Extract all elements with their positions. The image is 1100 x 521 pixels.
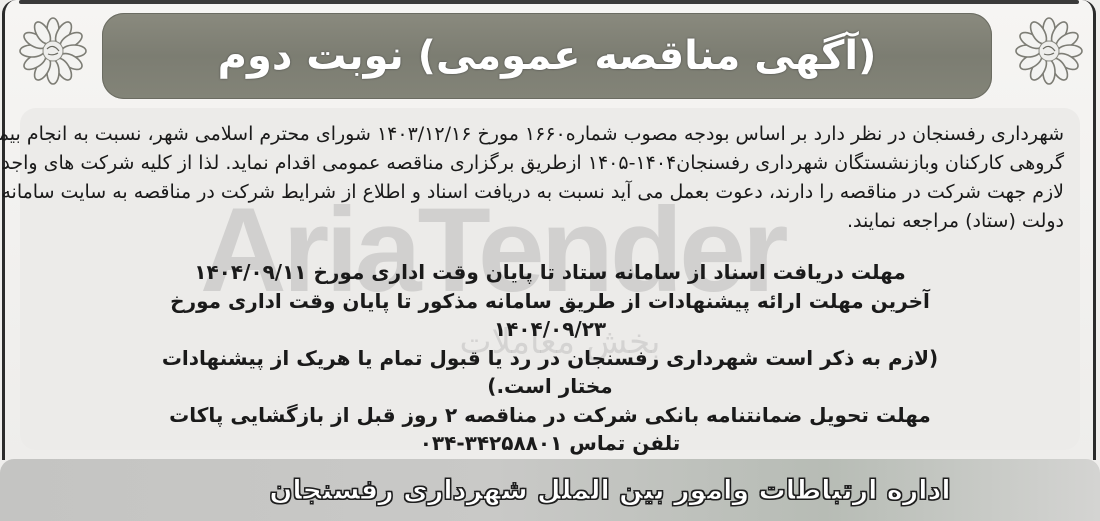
notice-paragraph: شهرداری رفسنجان در نظر دارد بر اساس بودج… — [39, 120, 1064, 236]
notice-title: (آگهی مناقصه عمومی) نوبت دوم — [218, 33, 877, 79]
submission-deadline: آخرین مهلت ارائه پیشنهادات از طریق سامان… — [150, 287, 950, 344]
title-banner: (آگهی مناقصه عمومی) نوبت دوم — [102, 13, 992, 99]
document-deadline: مهلت دریافت اسناد از سامانه ستاد تا پایا… — [150, 258, 950, 287]
guarantee-deadline: مهلت تحویل ضمانتنامه بانکی شرکت در مناقص… — [150, 401, 950, 430]
contact-phone: تلفن تماس ۳۴۲۵۸۸۰۱-۰۳۴ — [150, 429, 950, 458]
paragraph-line: شهرداری رفسنجان در نظر دارد بر اساس بودج… — [39, 120, 1064, 149]
footer-issuer: اداره ارتباطات وامور بین الملل شهرداری ر… — [269, 475, 950, 506]
deadlines-block: مهلت دریافت اسناد از سامانه ستاد تا پایا… — [150, 258, 950, 458]
footer-banner: اداره ارتباطات وامور بین الملل شهرداری ر… — [0, 459, 1100, 521]
top-border — [19, 0, 1079, 4]
paragraph-line: لازم جهت شرکت در مناقصه را دارند، دعوت ب… — [39, 178, 1064, 207]
municipality-emblem-icon — [1014, 16, 1084, 86]
municipality-emblem-icon — [18, 16, 88, 86]
rights-note: (لازم به ذکر است شهرداری رفسنجان در رد ی… — [150, 344, 950, 401]
paragraph-line: دولت (ستاد) مراجعه نمایند. — [39, 207, 1064, 236]
paragraph-line: گروهی کارکنان وبازنشستگان شهرداری رفسنجا… — [39, 149, 1064, 178]
